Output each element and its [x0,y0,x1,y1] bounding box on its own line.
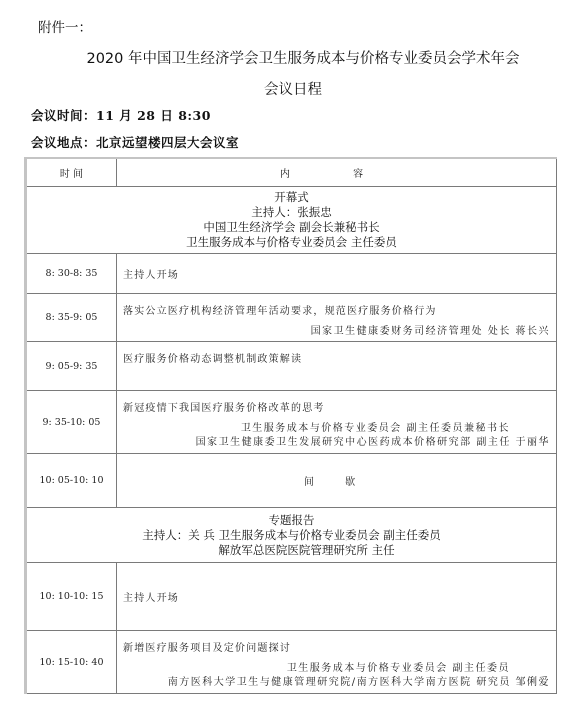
content-cell: 医疗服务价格动态调整机制政策解读 [117,342,557,391]
table-row: 8: 30-8: 35 主持人开场 [26,254,557,294]
document-title: 2020 年中国卫生经济学会卫生服务成本与价格专业委员会学术年会 [10,47,586,68]
table-row: 9: 05-9: 35 医疗服务价格动态调整机制政策解读 [26,342,557,391]
table-row: 10: 15-10: 40 新增医疗服务项目及定价问题探讨 卫生服务成本与价格专… [26,631,557,694]
speaker-line: 卫生服务成本与价格专业委员会 副主任委员 [123,662,550,676]
host-title: 解放军总医院医院管理研究所 主任 [27,543,556,558]
time-cell: 9: 35-10: 05 [26,391,117,454]
speaker-line: 国家卫生健康委卫生发展研究中心医药成本价格研究部 副主任 于丽华 [123,436,550,450]
speaker-line: 国家卫生健康委财务司经济管理处 处长 蒋长兴 [123,325,550,339]
header-time: 时 间 [26,158,117,187]
section-opening: 开幕式 主持人：张振忠 中国卫生经济学会 副会长兼秘书长 卫生服务成本与价格专业… [26,187,557,254]
time-cell: 10: 05-10: 10 [26,454,117,508]
section-title: 专题报告 [27,513,556,528]
content-cell: 落实公立医疗机构经济管理年活动要求，规范医疗服务价格行为 国家卫生健康委财务司经… [117,294,557,342]
content-cell: 主持人开场 [117,254,557,294]
header-content: 内 容 [117,158,557,187]
host-line: 主持人：张振忠 [27,205,556,220]
break-cell: 间 歇 [117,454,557,508]
table-header-row: 时 间 内 容 [26,158,557,187]
table-row: 10: 10-10: 15 主持人开场 [26,563,557,631]
time-cell: 10: 15-10: 40 [26,631,117,694]
table-row: 10: 05-10: 10 间 歇 [26,454,557,508]
host-title: 卫生服务成本与价格专业委员会 主任委员 [27,235,556,250]
table-row: 8: 35-9: 05 落实公立医疗机构经济管理年活动要求，规范医疗服务价格行为… [26,294,557,342]
speaker-line: 南方医科大学卫生与健康管理研究院/南方医科大学南方医院 研究员 邹俐爱 [123,676,550,690]
time-cell: 8: 30-8: 35 [26,254,117,294]
schedule-table: 时 间 内 容 开幕式 主持人：张振忠 中国卫生经济学会 副会长兼秘书长 卫生服… [24,157,557,694]
speaker-line: 卫生服务成本与价格专业委员会 副主任委员兼秘书长 [123,422,550,436]
document-subtitle: 会议日程 [0,78,586,99]
section-special-report: 专题报告 主持人：关 兵 卫生服务成本与价格专业委员会 副主任委员 解放军总医院… [26,508,557,563]
time-cell: 9: 05-9: 35 [26,342,117,391]
content-cell: 主持人开场 [117,563,557,631]
host-line: 主持人：关 兵 卫生服务成本与价格专业委员会 副主任委员 [27,528,556,543]
content-cell: 新冠疫情下我国医疗服务价格改革的思考 卫生服务成本与价格专业委员会 副主任委员兼… [117,391,557,454]
host-title: 中国卫生经济学会 副会长兼秘书长 [27,220,556,235]
content-cell: 新增医疗服务项目及定价问题探讨 卫生服务成本与价格专业委员会 副主任委员 南方医… [117,631,557,694]
time-cell: 10: 10-10: 15 [26,563,117,631]
attachment-label: 附件一： [38,16,92,36]
section-title: 开幕式 [27,190,556,205]
time-cell: 8: 35-9: 05 [26,294,117,342]
meeting-time: 会议时间：11 月 28 日 8:30 [31,106,211,124]
table-row: 9: 35-10: 05 新冠疫情下我国医疗服务价格改革的思考 卫生服务成本与价… [26,391,557,454]
meeting-place: 会议地点：北京远望楼四层大会议室 [31,133,239,151]
